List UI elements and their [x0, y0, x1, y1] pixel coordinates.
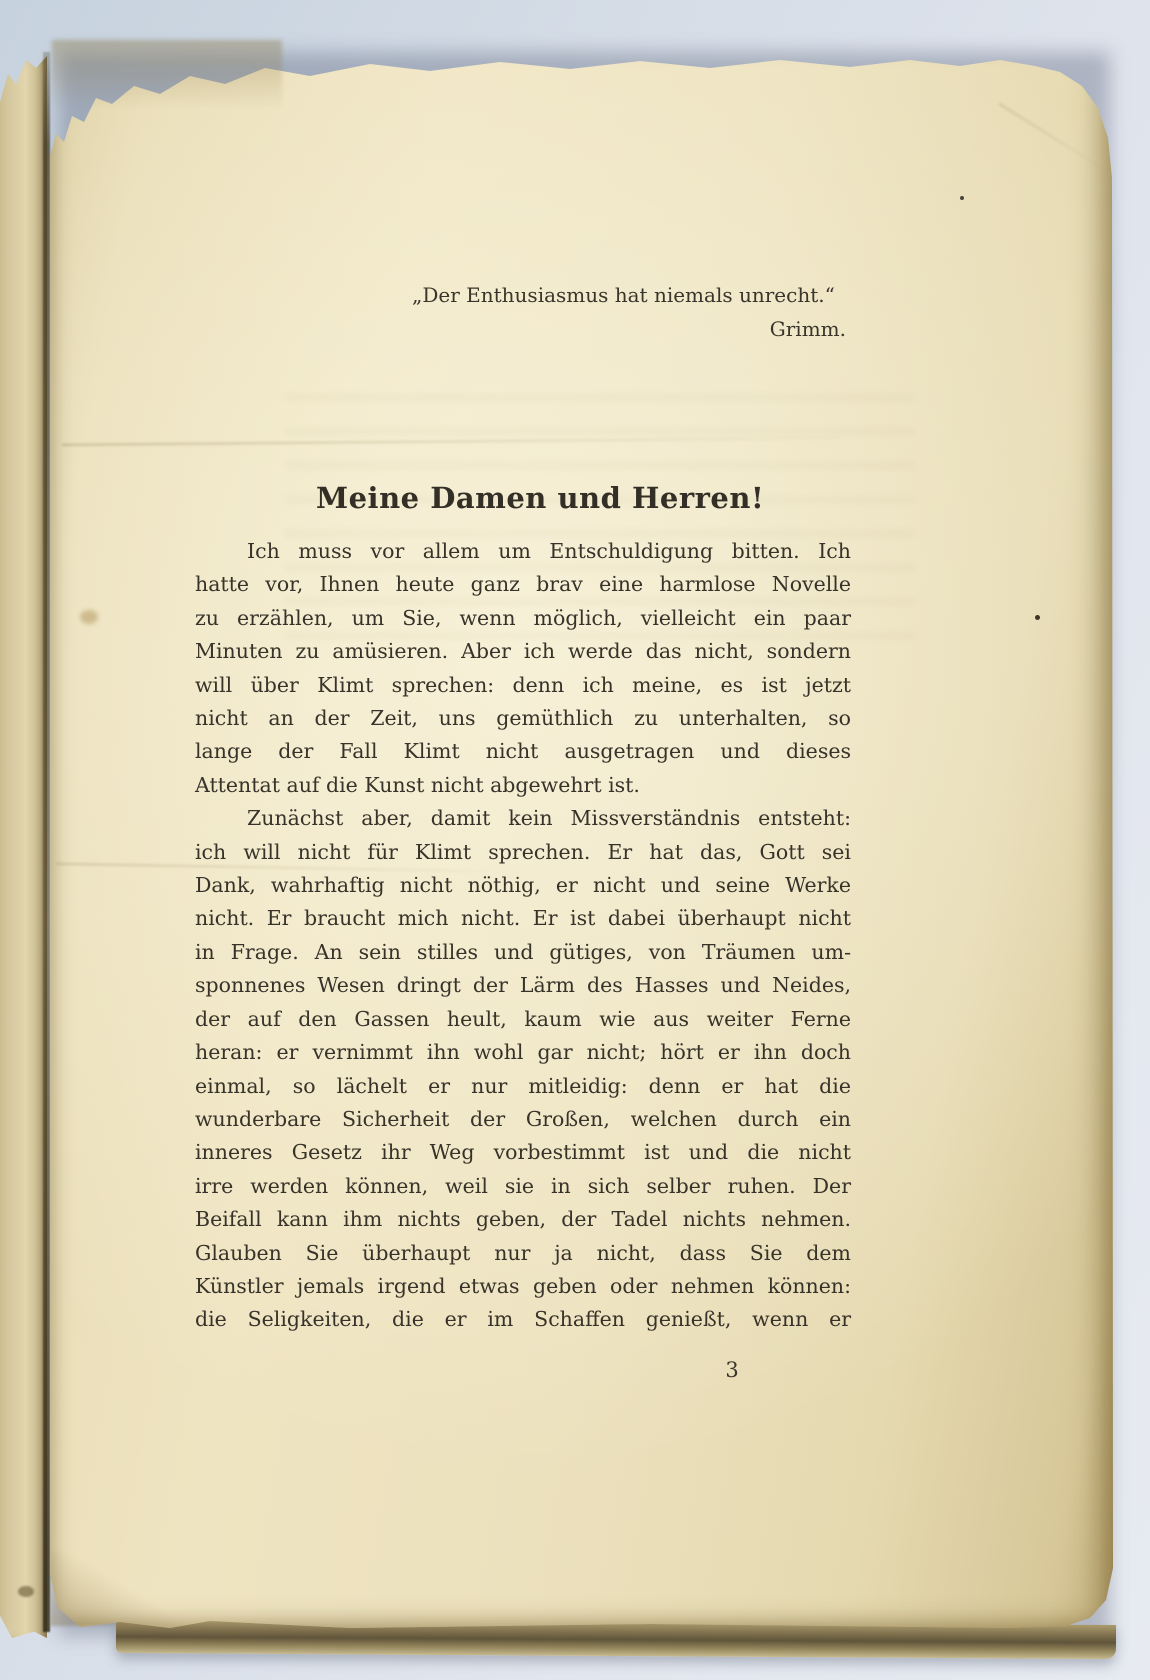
text-line: Glauben Sie überhaupt nur ja nicht, dass…: [195, 1237, 851, 1270]
text-line: will über Klimt sprechen: denn ich meine…: [195, 669, 851, 702]
text-line: zu erzählen, um Sie, wenn möglich, viell…: [195, 602, 851, 635]
ink-speck: [1035, 615, 1040, 620]
text-line: Ich muss vor allem um Entschuldigung bit…: [195, 535, 851, 568]
text-line: inneres Gesetz ihr Weg vorbestimmt ist u…: [195, 1136, 851, 1169]
text-line: ich will nicht für Klimt sprechen. Er ha…: [195, 836, 851, 869]
ink-speck: [960, 196, 964, 200]
text-line: wunderbare Sicherheit der Großen, welche…: [195, 1103, 851, 1136]
torn-edge-shading: [52, 40, 282, 132]
text-line: die Seligkeiten, die er im Schaffen geni…: [195, 1303, 851, 1336]
text-line: Zunächst aber, damit kein Missverständni…: [195, 802, 851, 835]
text-line: Minuten zu amüsieren. Aber ich werde das…: [195, 635, 851, 668]
text-line: Dank, wahrhaftig nicht nöthig, er nicht …: [195, 869, 851, 902]
text-line: Beifall kann ihm nichts geben, der Tadel…: [195, 1203, 851, 1236]
epigraph-attribution: Grimm.: [412, 312, 848, 346]
text-line: heran: er vernimmt ihn wohl gar nicht; h…: [195, 1036, 851, 1069]
section-heading: Meine Damen und Herren!: [316, 481, 764, 515]
underlying-page-edge: [0, 48, 47, 1638]
page-content: „Der Enthusiasmus hat niemals unrecht.“ …: [50, 38, 1113, 1628]
text-line: sponnenes Wesen dringt der Lärm des Hass…: [195, 969, 851, 1002]
text-line: nicht an der Zeit, uns gemüthlich zu unt…: [195, 702, 851, 735]
text-line: Attentat auf die Kunst nicht abgewehrt i…: [195, 769, 851, 802]
text-line: lange der Fall Klimt nicht ausgetragen u…: [195, 735, 851, 768]
text-line: Künstler jemals irgend etwas geben oder …: [195, 1270, 851, 1303]
text-line: irre werden können, weil sie in sich sel…: [195, 1170, 851, 1203]
epigraph: „Der Enthusiasmus hat niemals unrecht.“ …: [412, 278, 848, 346]
body-text: Ich muss vor allem um Entschuldigung bit…: [195, 535, 851, 1337]
foxing-stain: [80, 610, 98, 624]
text-line: in Frage. An sein stilles und gütiges, v…: [195, 936, 851, 969]
text-line: nicht. Er braucht mich nicht. Er ist dab…: [195, 902, 851, 935]
scanner-background: „Der Enthusiasmus hat niemals unrecht.“ …: [0, 0, 1150, 1680]
epigraph-quote: „Der Enthusiasmus hat niemals unrecht.“: [412, 278, 848, 312]
spine-groove-shadow: [43, 52, 50, 1632]
text-line: der auf den Gassen heult, kaum wie aus w…: [195, 1003, 851, 1036]
text-line: hatte vor, Ihnen heute ganz brav eine ha…: [195, 568, 851, 601]
page-number: 3: [702, 1358, 762, 1382]
foxing-stain: [18, 1586, 34, 1597]
paper-crease: [998, 102, 1101, 168]
text-line: einmal, so lächelt er nur mitleidig: den…: [195, 1070, 851, 1103]
corner-fold: [50, 1552, 185, 1626]
